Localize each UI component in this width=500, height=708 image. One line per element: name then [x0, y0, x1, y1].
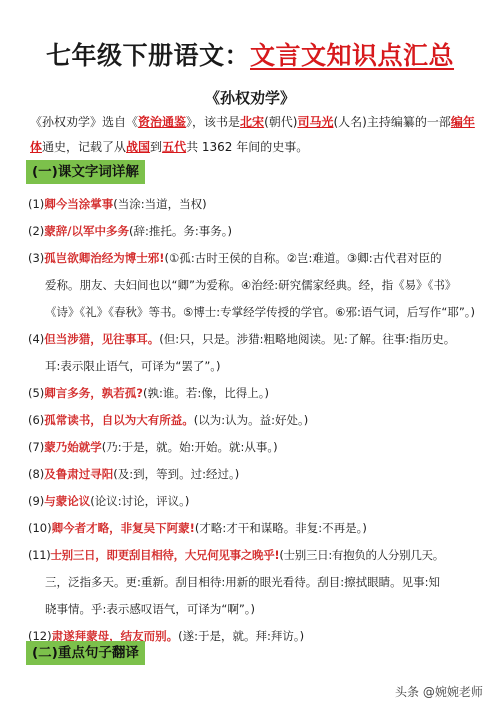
item-key: 孤常读书，自以为大有所益。 — [44, 413, 194, 427]
intro-highlight: 司马光 — [297, 115, 333, 129]
title-red: 文言文知识点汇总 — [250, 41, 454, 70]
item-note: (但:只，只是。涉猎:粗略地阅读。见:了解。往事:指历史。 — [159, 332, 455, 346]
item-number: (9) — [28, 494, 44, 508]
item-key: 但当涉猎，见往事耳。 — [44, 332, 159, 346]
item-continuation: 《诗》《礼》《春秋》等书。⑤博士:专掌经学传授的学官。⑥邪:语气词，后写作“耶”… — [28, 301, 480, 324]
item-number: (3) — [28, 251, 44, 265]
item-key: 卿言多务，孰若孤? — [44, 386, 143, 400]
item-note: (遂:于是，就。拜:拜访。) — [178, 629, 304, 643]
section-heading-vocabulary: (一)课文字词详解 — [26, 160, 145, 184]
intro-highlight: 五代 — [162, 140, 186, 154]
vocab-list: (1)卿今当涂掌事(当涂:当道，当权) (2)蒙辞/以军中多务(辞:推托。务:事… — [28, 193, 480, 648]
item-key: 士别三日，即更刮目相待，大兄何见事之晚乎! — [50, 548, 279, 562]
page-title: 七年级下册语文：文言文知识点汇总 — [0, 36, 500, 72]
item-note: (及:到，等到。过:经过。) — [113, 467, 239, 481]
item-number: (4) — [28, 332, 44, 346]
item-number: (8) — [28, 467, 44, 481]
intro-highlight: 战国 — [126, 140, 150, 154]
list-item: (8)及鲁肃过寻阳(及:到，等到。过:经过。) — [28, 463, 480, 486]
item-note: (才略:才干和谋略。非复:不再是。) — [195, 521, 367, 535]
intro-text: 共 1362 年间的史事。 — [186, 140, 308, 154]
list-item: (1)卿今当涂掌事(当涂:当道，当权) — [28, 193, 480, 216]
item-note: (①孤:古时王侯的自称。②岂:难道。③卿:古代君对臣的 — [165, 251, 442, 265]
item-key: 卿今当涂掌事 — [44, 197, 113, 211]
item-key: 卿今者才略，非复吴下阿蒙! — [52, 521, 195, 535]
intro-highlight: 北宋 — [240, 115, 264, 129]
item-key: 及鲁肃过寻阳 — [44, 467, 113, 481]
intro-text: (人名)主持编纂的一部 — [333, 115, 450, 129]
item-note: (当涂:当道，当权) — [113, 197, 206, 211]
list-item: (4)但当涉猎，见往事耳。(但:只，只是。涉猎:粗略地阅读。见:了解。往事:指历… — [28, 328, 480, 351]
item-note: (论议:讨论，评议。) — [90, 494, 189, 508]
item-continuation: 晓事情。乎:表示感叹语气，可译为“啊”。) — [28, 598, 480, 621]
list-item: (11)士别三日，即更刮目相待，大兄何见事之晚乎!(士别三日:有抱负的人分别几天… — [28, 544, 480, 567]
item-number: (10) — [28, 521, 52, 535]
item-number: (2) — [28, 224, 44, 238]
item-number: (7) — [28, 440, 44, 454]
item-note: (以为:认为。益:好处。) — [194, 413, 308, 427]
item-note: (士别三日:有抱负的人分别几天。 — [279, 548, 444, 562]
title-black: 七年级下册语文： — [46, 41, 250, 70]
list-item: (5)卿言多务，孰若孤?(孰:谁。若:像，比得上。) — [28, 382, 480, 405]
item-key: 孤岂欲卿治经为博士邪! — [44, 251, 164, 265]
list-item: (10)卿今者才略，非复吴下阿蒙!(才略:才干和谋略。非复:不再是。) — [28, 517, 480, 540]
item-note: (乃:于是，就。始:开始。就:从事。) — [102, 440, 278, 454]
item-continuation: 爱称。朋友、夫妇间也以“卿”为爱称。④治经:研究儒家经典。经，指《易》《书》 — [28, 274, 480, 297]
list-item: (2)蒙辞/以军中多务(辞:推托。务:事务。) — [28, 220, 480, 243]
item-continuation: 三，泛指多天。更:重新。刮目相待:用新的眼光看待。刮目:擦拭眼睛。见事:知 — [28, 571, 480, 594]
list-item: (6)孤常读书，自以为大有所益。(以为:认为。益:好处。) — [28, 409, 480, 432]
item-continuation: 耳:表示限止语气，可译为“罢了”。) — [28, 355, 480, 378]
item-number: (6) — [28, 413, 44, 427]
intro-text: 到 — [150, 140, 162, 154]
intro-text: 《孙权劝学》选自《 — [30, 115, 138, 129]
watermark: 头条 @婉婉老师 — [395, 683, 483, 700]
item-key: 蒙乃始就学 — [44, 440, 102, 454]
intro-highlight: 资治通鉴 — [138, 115, 186, 129]
item-note: (辞:推托。务:事务。) — [129, 224, 232, 238]
list-item: (9)与蒙论议(论议:讨论，评议。) — [28, 490, 480, 513]
intro-text: 》，该书是 — [186, 115, 240, 129]
item-number: (5) — [28, 386, 44, 400]
intro-paragraph: 《孙权劝学》选自《资治通鉴》，该书是北宋(朝代)司马光(人名)主持编纂的一部编年… — [30, 110, 475, 160]
item-key: 与蒙论议 — [44, 494, 90, 508]
list-item: (7)蒙乃始就学(乃:于是，就。始:开始。就:从事。) — [28, 436, 480, 459]
item-note: (孰:谁。若:像，比得上。) — [143, 386, 269, 400]
intro-text: 通史，记载了从 — [42, 140, 126, 154]
intro-text: (朝代) — [264, 115, 297, 129]
list-item: (3)孤岂欲卿治经为博士邪!(①孤:古时王侯的自称。②岂:难道。③卿:古代君对臣… — [28, 247, 480, 270]
item-number: (11) — [28, 548, 50, 562]
item-key: 蒙辞/以军中多务 — [44, 224, 129, 238]
lesson-title: 《孙权劝学》 — [0, 87, 500, 108]
section-heading-translation: (二)重点句子翻译 — [26, 641, 145, 665]
item-number: (1) — [28, 197, 44, 211]
